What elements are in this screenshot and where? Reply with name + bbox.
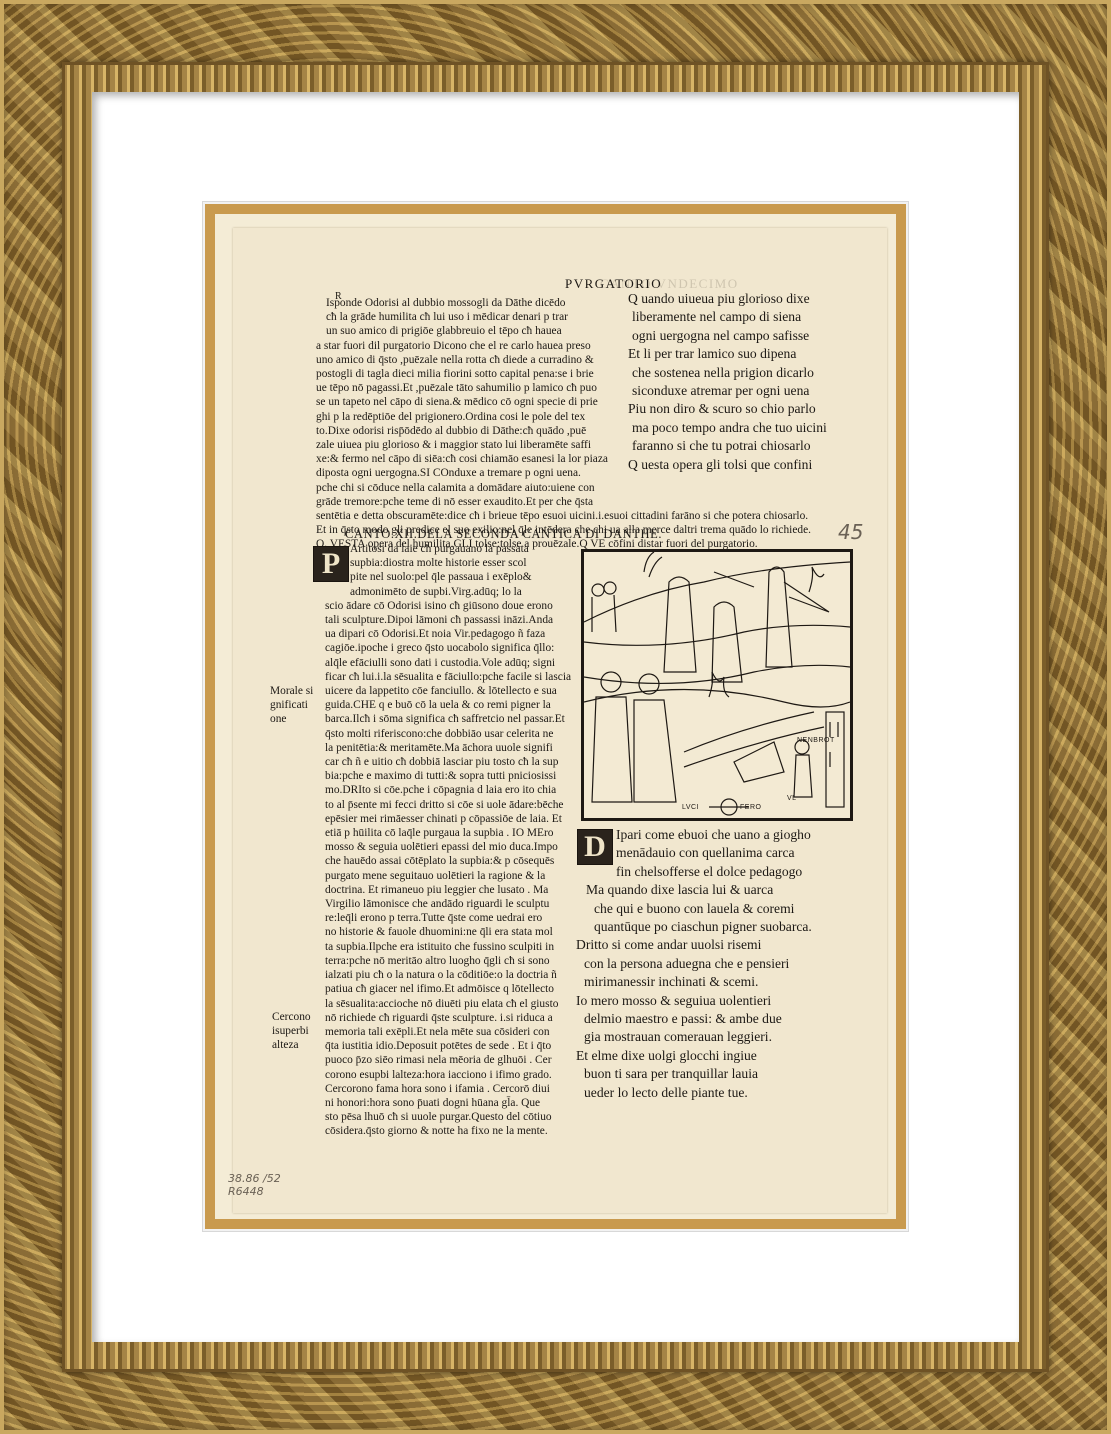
verse-line: ma poco tempo andra che tuo uicini bbox=[628, 419, 827, 437]
verse-line: Dritto si come andar uuolsi risemi bbox=[576, 936, 812, 954]
margin-note-line: isuperbi bbox=[272, 1024, 311, 1038]
verse-line: Ma quando dixe lascia lui & uarca bbox=[576, 881, 812, 899]
commentary-line: q̄ta iustitia idio.Deposuit potētes de s… bbox=[325, 1039, 571, 1053]
verse-line: Piu non diro & scuro so chio parlo bbox=[628, 400, 827, 418]
commentary-line: admonimēto de supbi.Virg.adūq; lo la bbox=[325, 585, 571, 599]
margin-note-line: gnificati bbox=[270, 698, 313, 712]
margin-note-line: Cercono bbox=[272, 1010, 311, 1024]
commentary-line: memoria tali exēpli.Et nela mēte sua cōs… bbox=[325, 1025, 571, 1039]
commentary-line: scio ādare cō Odorisi isino cħ giūsono d… bbox=[325, 599, 571, 613]
commentary-line: Virgilio lāmonisce che andādo riguardi l… bbox=[325, 897, 571, 911]
commentary-line: ficar cħ lui.i.la sēsualita e fāciullo:p… bbox=[325, 670, 571, 684]
commentary-line: patiua cħ giacer nel ifimo.Et admōisce q… bbox=[325, 982, 571, 996]
commentary-line: epēsier mei rimāesser chinati p cōpassiō… bbox=[325, 812, 571, 826]
margin-note-cercono: Cercono isuperbi alteza bbox=[272, 1010, 311, 1052]
commentary-line: car cħ ñ e uitio cħ dobbiā lasciar piu t… bbox=[325, 755, 571, 769]
commentary-line: nō richiede cħ riguardi q̄ste sculpture.… bbox=[325, 1011, 571, 1025]
verse-line: Ipari come ebuoi che uano a giogho bbox=[576, 826, 812, 844]
verse-main: Ipari come ebuoi che uano a giogho menād… bbox=[576, 826, 812, 1102]
commentary-line: ta supbia.Ilpche era istituito che fussi… bbox=[325, 940, 571, 954]
verse-line: liberamente nel campo di siena bbox=[628, 308, 827, 326]
commentary-line: doctrina. Et rimaneuo piu leggier che lu… bbox=[325, 883, 571, 897]
woodcut-label-vl: VL bbox=[787, 795, 797, 802]
verse-top: Q uando uiueua piu glorioso dixe liberam… bbox=[628, 290, 827, 474]
commentary-line: to al p̄sente mi fecci dritto si cōe si … bbox=[325, 798, 571, 812]
commentary-line: pche chi si cōduce nella calamita a domā… bbox=[242, 481, 811, 495]
commentary-line: guida.CHE q e buō cō la uela & co remi p… bbox=[325, 698, 571, 712]
commentary-line: purgato mene seguitauo uolētieri la ragi… bbox=[325, 869, 571, 883]
commentary-line: la sēsualita:accioche nō diuēti piu elat… bbox=[325, 997, 571, 1011]
margin-note-morale: Morale si gnificati one bbox=[270, 684, 313, 726]
verse-line: che sostenea nella prigion dicarlo bbox=[628, 364, 827, 382]
commentary-line: corono esupbi lalteza:hora iacciono i if… bbox=[325, 1068, 571, 1082]
woodcut-illustration: NENBROT LVCI FERO VL bbox=[581, 549, 853, 821]
commentary-line: barca.Ilcħ i sōma significa cħ saffretci… bbox=[325, 712, 571, 726]
verse-line: Et li per trar lamico suo dipena bbox=[628, 345, 827, 363]
verse-line: Io mero mosso & seguiua uolentieri bbox=[576, 992, 812, 1010]
commentary-line: ialzati piu cħ o la natura o la cōditiōe… bbox=[325, 968, 571, 982]
commentary-line: sto pēsa lhuō cħ si uuole purgar.Questo … bbox=[325, 1110, 571, 1124]
verse-line: con la persona aduegna che e pensieri bbox=[576, 955, 812, 973]
commentary-line: supbia:diostra molte historie esser scol bbox=[325, 556, 571, 570]
verse-line: ogni uergogna nel campo safisse bbox=[628, 327, 827, 345]
verse-line: che qui e buono con lauela & coremi bbox=[576, 900, 812, 918]
accession-number: 38.86 /52 bbox=[228, 1172, 281, 1185]
verse-line: menādauio con quellanima carca bbox=[576, 844, 812, 862]
commentary-line: bia:pche e maximo di tutti:& sopra tutti… bbox=[325, 769, 571, 783]
commentary-line: uicere da lappetito cōe fanciullo. & lōt… bbox=[325, 684, 571, 698]
woodcut-label-nembrot: NENBROT bbox=[797, 737, 835, 744]
margin-note-line: Morale si bbox=[270, 684, 313, 698]
verse-line: gia mostrauan comerauan leggieri. bbox=[576, 1028, 812, 1046]
commentary-line: la penitētia:& meritamēte.Ma āchora uuol… bbox=[325, 741, 571, 755]
verse-line: faranno si che tu potrai chiosarlo bbox=[628, 437, 827, 455]
verse-line: delmio maestro e passi: & ambe due bbox=[576, 1010, 812, 1028]
accession-note: 38.86 /52 R6448 bbox=[228, 1172, 281, 1198]
verse-line: mirimanessir inchinati & scemi. bbox=[576, 973, 812, 991]
canto-heading: CANTO.XII.DELA SECONDA CANTICA DI DANTHE… bbox=[345, 527, 662, 542]
verse-line: ueder lo lecto delle piante tue. bbox=[576, 1084, 812, 1102]
commentary-line: mosso & seguia uolētieri epassi del mio … bbox=[325, 840, 571, 854]
margin-note-line: alteza bbox=[272, 1038, 311, 1052]
verse-line: siconduxe atremar per ogni uena bbox=[628, 382, 827, 400]
commentary-line: cagiōe.ipoche i greco q̄sto uocabolo sig… bbox=[325, 641, 571, 655]
commentary-line: cōsidera.q̄sto giorno & notte ha fixo ne… bbox=[325, 1124, 571, 1138]
commentary-line: terra:pche nō meritāo altro luogho q̄gli… bbox=[325, 954, 571, 968]
commentary-line: q̄sto molti riferiscono:che dobbiāo usar… bbox=[325, 727, 571, 741]
verse-line: buon ti sara per tranquillar lauia bbox=[576, 1065, 812, 1083]
verse-line: fin chelsofferse el dolce pedagogo bbox=[576, 863, 812, 881]
woodcut-label-luci: LVCI bbox=[682, 804, 699, 811]
commentary-line: re:leq̄li erono p terra.Tutte q̄ste come… bbox=[325, 911, 571, 925]
catalog-reference: R6448 bbox=[228, 1185, 281, 1198]
verse-line: Q uando uiueua piu glorioso dixe bbox=[628, 290, 827, 308]
woodcut-label-fero: FERO bbox=[740, 804, 761, 811]
woodcut-scene-icon bbox=[584, 552, 850, 818]
commentary-main: Artitosi da laie cħ purgauano la passata… bbox=[325, 542, 571, 1139]
commentary-line: Artitosi da laie cħ purgauano la passata bbox=[325, 542, 571, 556]
commentary-line: tali sculpture.Dipoi lāmoni cħ passassi … bbox=[325, 613, 571, 627]
commentary-line: no historie & fauole dhuomini:ne q̄li er… bbox=[325, 925, 571, 939]
margin-note-line: one bbox=[270, 712, 313, 726]
verse-line: quantūque po ciaschun pigner suobarca. bbox=[576, 918, 812, 936]
commentary-full-line: sentētia e detta obscuramēte:dice cħ i b… bbox=[242, 509, 811, 523]
commentary-line: pite nel suolo:pel q̄le passaua i exēplo… bbox=[325, 570, 571, 584]
folio-number: 45 bbox=[838, 520, 863, 544]
commentary-line: alq̄le efāciulli sono dati i custodia.Vo… bbox=[325, 656, 571, 670]
commentary-line: etiā p hūilita cō laq̄le purgaua la supb… bbox=[325, 826, 571, 840]
commentary-line: mo.DRIto si cōe.pche i cōpagnia d laia e… bbox=[325, 783, 571, 797]
commentary-line: grāde tremore:pche teme di nō esser exau… bbox=[242, 495, 811, 509]
commentary-line: puoco p̄zo siēo rimasi nela mēoria de gl… bbox=[325, 1053, 571, 1067]
commentary-line: che hauēdo assai cōtēplato la supbia:& p… bbox=[325, 854, 571, 868]
commentary-line: ua dipari cō Odorisi.Et noia Vir.pedagog… bbox=[325, 627, 571, 641]
commentary-line: ni honori:hora sono p̄uati dogni hūana g… bbox=[325, 1096, 571, 1110]
verse-line: Q uesta opera gli tolsi que confini bbox=[628, 456, 827, 474]
commentary-line: Cercorono fama hora sono i ifamia . Cerc… bbox=[325, 1082, 571, 1096]
verse-line: Et elme dixe uolgi glocchi ingiue bbox=[576, 1047, 812, 1065]
